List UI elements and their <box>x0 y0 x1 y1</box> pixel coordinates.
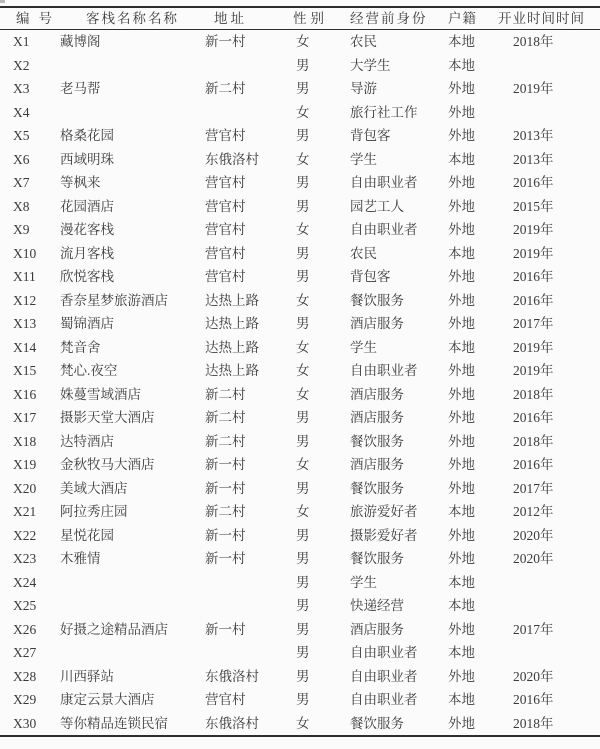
table-cell: 摄影天堂大酒店 <box>60 411 205 425</box>
table-cell: 姝蔓雪域酒店 <box>60 388 205 402</box>
table-cell: 漫花客栈 <box>60 223 205 237</box>
table-cell: X18 <box>0 435 60 449</box>
table-cell: 2016年 <box>498 458 600 472</box>
table-cell: X12 <box>0 294 60 308</box>
table-cell: 男 <box>293 317 350 331</box>
table-row: X9漫花客栈营官村女自由职业者外地2019年 <box>0 218 600 242</box>
table-cell: 自由职业者 <box>350 176 448 190</box>
table-cell: 流月客栈 <box>60 247 205 261</box>
table-row: X22星悦花园新一村男摄影爱好者外地2020年 <box>0 524 600 548</box>
table-cell: 新一村 <box>205 529 293 543</box>
table-cell: 2019年 <box>498 247 600 261</box>
column-header-opening-time: 开业时间时间 <box>498 12 600 26</box>
table-cell: 自由职业者 <box>350 646 448 660</box>
table-cell: 酒店服务 <box>350 458 448 472</box>
table-cell: 餐饮服务 <box>350 294 448 308</box>
table-cell: X2 <box>0 59 60 73</box>
table-cell: X7 <box>0 176 60 190</box>
column-header-residency: 户籍 <box>448 12 498 26</box>
table-cell: X24 <box>0 576 60 590</box>
table-cell: 2017年 <box>498 317 600 331</box>
table-cell: 2016年 <box>498 411 600 425</box>
table-cell: 新二村 <box>205 388 293 402</box>
table-cell: 外地 <box>448 82 498 96</box>
table-cell: 自由职业者 <box>350 670 448 684</box>
table-cell: 女 <box>293 223 350 237</box>
table-cell: 木雅情 <box>60 552 205 566</box>
table-cell: 营官村 <box>205 176 293 190</box>
table-cell: 女 <box>293 294 350 308</box>
table-cell: 营官村 <box>205 247 293 261</box>
table-cell: 快递经营 <box>350 599 448 613</box>
table-cell: 藏博阁 <box>60 35 205 49</box>
table-row: X6西域明珠东俄洛村女学生本地2013年 <box>0 148 600 172</box>
table-cell: 女 <box>293 364 350 378</box>
table-cell: 2016年 <box>498 294 600 308</box>
table-cell: 新二村 <box>205 435 293 449</box>
table-cell: 等枫来 <box>60 176 205 190</box>
table-cell: 2019年 <box>498 223 600 237</box>
table-row: X3老马帮新二村男导游外地2019年 <box>0 77 600 101</box>
table-cell: X16 <box>0 388 60 402</box>
table-cell: 自由职业者 <box>350 364 448 378</box>
table-cell: 欣悦客栈 <box>60 270 205 284</box>
table-cell: 女 <box>293 717 350 731</box>
table-cell: X17 <box>0 411 60 425</box>
table-cell: 外地 <box>448 388 498 402</box>
table-cell: X19 <box>0 458 60 472</box>
table-cell: 女 <box>293 341 350 355</box>
table-cell: X13 <box>0 317 60 331</box>
table-cell: 男 <box>293 129 350 143</box>
table-cell: X1 <box>0 35 60 49</box>
table-cell: 自由职业者 <box>350 223 448 237</box>
table-cell: 本地 <box>448 693 498 707</box>
column-header-inn-name: 客栈名称名称 <box>60 12 205 26</box>
table-cell: 本地 <box>448 247 498 261</box>
table-cell: 女 <box>293 35 350 49</box>
table-row: X4女旅行社工作外地 <box>0 101 600 125</box>
table-cell: 学生 <box>350 341 448 355</box>
table-cell: X26 <box>0 623 60 637</box>
table-row: X25男快递经营本地 <box>0 594 600 618</box>
table-body: X1藏博阁新一村女农民本地2018年X2男大学生本地X3老马帮新二村男导游外地2… <box>0 30 600 735</box>
table-cell: 餐饮服务 <box>350 717 448 731</box>
table-cell: 本地 <box>448 505 498 519</box>
table-cell: X25 <box>0 599 60 613</box>
table-cell: 2019年 <box>498 82 600 96</box>
table-cell: 金秋牧马大酒店 <box>60 458 205 472</box>
table-cell: 酒店服务 <box>350 411 448 425</box>
table-cell: 女 <box>293 458 350 472</box>
table-cell: 营官村 <box>205 223 293 237</box>
table-cell: 梵音舍 <box>60 341 205 355</box>
table-row: X8花园酒店营官村男园艺工人外地2015年 <box>0 195 600 219</box>
table-row: X30等你精品连锁民宿东俄洛村女餐饮服务外地2018年 <box>0 712 600 736</box>
column-header-prior-occupation: 经营前身份 <box>350 12 448 26</box>
table-cell: 达热上路 <box>205 294 293 308</box>
table-cell: 2013年 <box>498 153 600 167</box>
table-cell: 2020年 <box>498 670 600 684</box>
table-cell: X10 <box>0 247 60 261</box>
table-cell: 2020年 <box>498 529 600 543</box>
table-cell: 等你精品连锁民宿 <box>60 717 205 731</box>
table-cell: 男 <box>293 576 350 590</box>
table-cell: 外地 <box>448 176 498 190</box>
table-cell: 东俄洛村 <box>205 153 293 167</box>
table-cell: 男 <box>293 529 350 543</box>
table-cell: 本地 <box>448 59 498 73</box>
table-cell: 外地 <box>448 411 498 425</box>
table-cell: 老马帮 <box>60 82 205 96</box>
table-cell: 2015年 <box>498 200 600 214</box>
table-row: X29康定云景大酒店营官村男自由职业者本地2016年 <box>0 688 600 712</box>
table-cell: 男 <box>293 247 350 261</box>
table-cell: 男 <box>293 646 350 660</box>
table-cell: 营官村 <box>205 693 293 707</box>
table-row: X20美域大酒店新一村男餐饮服务外地2017年 <box>0 477 600 501</box>
table-cell: 男 <box>293 200 350 214</box>
table-cell: 美域大酒店 <box>60 482 205 496</box>
table-cell: 好摄之途精品酒店 <box>60 623 205 637</box>
table-cell: 东俄洛村 <box>205 670 293 684</box>
table-cell: 2017年 <box>498 482 600 496</box>
table-cell: X27 <box>0 646 60 660</box>
table-row: X2男大学生本地 <box>0 54 600 78</box>
table-row: X24男学生本地 <box>0 571 600 595</box>
table-cell: 餐饮服务 <box>350 482 448 496</box>
table-cell: 男 <box>293 435 350 449</box>
table-cell: X22 <box>0 529 60 543</box>
table-cell: 新二村 <box>205 82 293 96</box>
table-cell: 大学生 <box>350 59 448 73</box>
table-cell: 外地 <box>448 106 498 120</box>
table-cell: 导游 <box>350 82 448 96</box>
table-cell: 2018年 <box>498 435 600 449</box>
table-cell: 餐饮服务 <box>350 435 448 449</box>
table-row: X7等枫来营官村男自由职业者外地2016年 <box>0 171 600 195</box>
table-cell: 男 <box>293 693 350 707</box>
table-cell: 背包客 <box>350 270 448 284</box>
table-cell: 学生 <box>350 153 448 167</box>
table-row: X10流月客栈营官村男农民本地2019年 <box>0 242 600 266</box>
table-cell: 女 <box>293 106 350 120</box>
table-row: X17摄影天堂大酒店新二村男酒店服务外地2016年 <box>0 406 600 430</box>
table-cell: 外地 <box>448 458 498 472</box>
table-cell: X3 <box>0 82 60 96</box>
table-cell: 学生 <box>350 576 448 590</box>
table-cell: 餐饮服务 <box>350 552 448 566</box>
table-cell: X15 <box>0 364 60 378</box>
table-cell: 本地 <box>448 35 498 49</box>
table-cell: 外地 <box>448 529 498 543</box>
table-cell: 园艺工人 <box>350 200 448 214</box>
table-cell: X8 <box>0 200 60 214</box>
table-cell: 外地 <box>448 129 498 143</box>
table-cell: 营官村 <box>205 270 293 284</box>
table-cell: 梵心.夜空 <box>60 364 205 378</box>
table-cell: 川西驿站 <box>60 670 205 684</box>
table-cell: 外地 <box>448 552 498 566</box>
table-cell: 营官村 <box>205 129 293 143</box>
column-header-gender: 性别 <box>293 12 350 26</box>
table-cell: 2018年 <box>498 35 600 49</box>
table-cell: 女 <box>293 153 350 167</box>
table-cell: 外地 <box>448 200 498 214</box>
table-cell: X4 <box>0 106 60 120</box>
table-cell: 外地 <box>448 435 498 449</box>
table-cell: 男 <box>293 552 350 566</box>
table-cell: 本地 <box>448 599 498 613</box>
table-cell: 达热上路 <box>205 317 293 331</box>
table-cell: 农民 <box>350 247 448 261</box>
table-cell: 男 <box>293 59 350 73</box>
table-cell: X9 <box>0 223 60 237</box>
table-row: X18达特酒店新二村男餐饮服务外地2018年 <box>0 430 600 454</box>
table-cell: X6 <box>0 153 60 167</box>
table-row: X19金秋牧马大酒店新一村女酒店服务外地2016年 <box>0 453 600 477</box>
table-cell: 酒店服务 <box>350 623 448 637</box>
table-cell: 外地 <box>448 317 498 331</box>
table-cell: 2016年 <box>498 270 600 284</box>
page: { "colors": { "background": "#fbfbfb", "… <box>0 0 600 749</box>
table-cell: 达特酒店 <box>60 435 205 449</box>
table-row: X15梵心.夜空达热上路女自由职业者外地2019年 <box>0 359 600 383</box>
table-cell: 外地 <box>448 717 498 731</box>
table-cell: 旅游爱好者 <box>350 505 448 519</box>
table-cell: 2019年 <box>498 341 600 355</box>
table-cell: 自由职业者 <box>350 693 448 707</box>
table-cell: 外地 <box>448 270 498 284</box>
table-row: X14梵音舍达热上路女学生本地2019年 <box>0 336 600 360</box>
table-cell: 香奈星梦旅游酒店 <box>60 294 205 308</box>
table-cell: 外地 <box>448 364 498 378</box>
table-cell: 外地 <box>448 482 498 496</box>
table-cell: 达热上路 <box>205 341 293 355</box>
table-cell: X14 <box>0 341 60 355</box>
table-cell: 本地 <box>448 153 498 167</box>
table-cell: 酒店服务 <box>350 317 448 331</box>
table-cell: 新二村 <box>205 411 293 425</box>
scan-artifact <box>0 0 5 3</box>
table-cell: 女 <box>293 505 350 519</box>
table-row: X5格桑花园营官村男背包客外地2013年 <box>0 124 600 148</box>
table-cell: X29 <box>0 693 60 707</box>
table-cell: 新二村 <box>205 505 293 519</box>
column-header-id: 编号 <box>0 12 60 26</box>
table-cell: 外地 <box>448 223 498 237</box>
column-header-address: 地址 <box>205 12 293 26</box>
table-row: X28川西驿站东俄洛村男自由职业者外地2020年 <box>0 665 600 689</box>
table-cell: X23 <box>0 552 60 566</box>
table-cell: X5 <box>0 129 60 143</box>
table-cell: 酒店服务 <box>350 388 448 402</box>
table-row: X12香奈星梦旅游酒店达热上路女餐饮服务外地2016年 <box>0 289 600 313</box>
table-cell: 女 <box>293 388 350 402</box>
table-cell: 2016年 <box>498 176 600 190</box>
table-cell: 2020年 <box>498 552 600 566</box>
table-cell: 男 <box>293 623 350 637</box>
table-cell: 2019年 <box>498 364 600 378</box>
table-cell: 花园酒店 <box>60 200 205 214</box>
table-cell: 蜀锦酒店 <box>60 317 205 331</box>
table-cell: 本地 <box>448 646 498 660</box>
table-cell: 营官村 <box>205 200 293 214</box>
table-cell: 康定云景大酒店 <box>60 693 205 707</box>
table-cell: 阿拉秀庄园 <box>60 505 205 519</box>
table-cell: 新一村 <box>205 35 293 49</box>
table-cell: 本地 <box>448 341 498 355</box>
table-cell: 2017年 <box>498 623 600 637</box>
table-cell: 2013年 <box>498 129 600 143</box>
table-row: X13蜀锦酒店达热上路男酒店服务外地2017年 <box>0 312 600 336</box>
table-cell: 旅行社工作 <box>350 106 448 120</box>
table-row: X16姝蔓雪域酒店新二村女酒店服务外地2018年 <box>0 383 600 407</box>
table-cell: 星悦花园 <box>60 529 205 543</box>
table-row: X21阿拉秀庄园新二村女旅游爱好者本地2012年 <box>0 500 600 524</box>
table-cell: 达热上路 <box>205 364 293 378</box>
table-header-row: 编号 客栈名称名称 地址 性别 经营前身份 户籍 开业时间时间 <box>0 8 600 30</box>
sample-table: 编号 客栈名称名称 地址 性别 经营前身份 户籍 开业时间时间 X1藏博阁新一村… <box>0 6 600 737</box>
table-cell: 2018年 <box>498 717 600 731</box>
table-cell: X20 <box>0 482 60 496</box>
table-cell: 西域明珠 <box>60 153 205 167</box>
table-cell: 新一村 <box>205 552 293 566</box>
table-cell: 男 <box>293 176 350 190</box>
table-cell: 男 <box>293 482 350 496</box>
table-cell: X11 <box>0 270 60 284</box>
table-cell: 背包客 <box>350 129 448 143</box>
table-cell: 新一村 <box>205 623 293 637</box>
table-cell: 本地 <box>448 576 498 590</box>
table-cell: 2018年 <box>498 388 600 402</box>
table-cell: 农民 <box>350 35 448 49</box>
table-cell: 新一村 <box>205 482 293 496</box>
table-row: X27男自由职业者本地 <box>0 641 600 665</box>
table-cell: 男 <box>293 670 350 684</box>
table-cell: 2016年 <box>498 693 600 707</box>
table-cell: X30 <box>0 717 60 731</box>
table-cell: 外地 <box>448 294 498 308</box>
table-cell: 东俄洛村 <box>205 717 293 731</box>
table-row: X11欣悦客栈营官村男背包客外地2016年 <box>0 265 600 289</box>
table-cell: 格桑花园 <box>60 129 205 143</box>
table-cell: 男 <box>293 599 350 613</box>
table-cell: X28 <box>0 670 60 684</box>
table-cell: 新一村 <box>205 458 293 472</box>
table-cell: 男 <box>293 411 350 425</box>
table-cell: 2012年 <box>498 505 600 519</box>
table-row: X26好摄之途精品酒店新一村男酒店服务外地2017年 <box>0 618 600 642</box>
table-cell: 男 <box>293 270 350 284</box>
table-row: X1藏博阁新一村女农民本地2018年 <box>0 30 600 54</box>
table-cell: X21 <box>0 505 60 519</box>
table-cell: 摄影爱好者 <box>350 529 448 543</box>
table-cell: 男 <box>293 82 350 96</box>
table-row: X23木雅情新一村男餐饮服务外地2020年 <box>0 547 600 571</box>
table-cell: 外地 <box>448 623 498 637</box>
table-cell: 外地 <box>448 670 498 684</box>
